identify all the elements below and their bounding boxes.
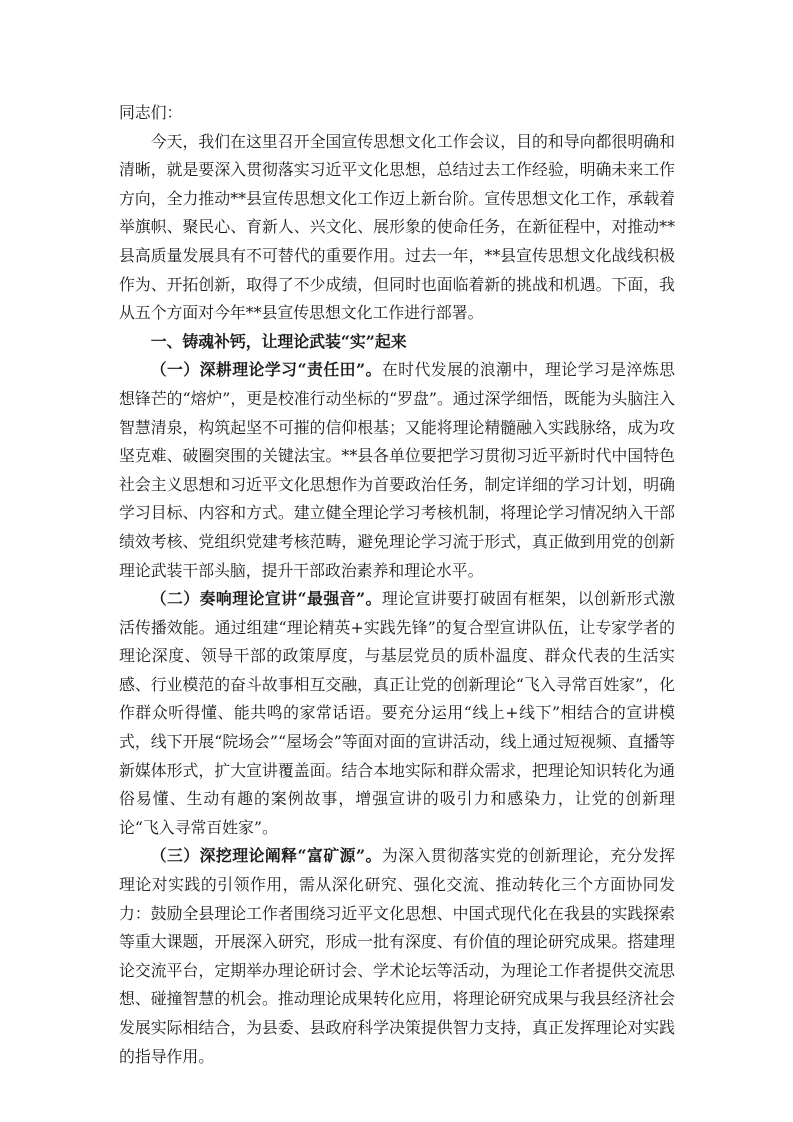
subsection-paragraph: （三）深挖理论阐释“富矿源”。为深入贯彻落实党的创新理论，充分发挥理论对实践的引… <box>119 842 675 1071</box>
subsection-body: 为深入贯彻落实党的创新理论，充分发挥理论对实践的引领作用，需从深化研究、强化交流… <box>119 846 675 1065</box>
subsection-title: （一）深耕理论学习“责任田”。 <box>151 360 382 379</box>
subsection-title: （三）深挖理论阐释“富矿源”。 <box>151 846 382 865</box>
subsection-paragraph: （一）深耕理论学习“责任田”。在时代发展的浪潮中，理论学习是淬炼思想锋芒的“熔炉… <box>119 356 675 585</box>
document-page: 同志们： 今天，我们在这里召开全国宣传思想文化工作会议，目的和导向都很明确和清晰… <box>119 99 675 1071</box>
salutation: 同志们： <box>119 99 675 128</box>
subsection-title: （二）奏响理论宣讲“最强音”。 <box>151 589 382 608</box>
section-heading: 一、铸魂补钙，让理论武装“实”起来 <box>119 328 675 357</box>
subsection-paragraph: （二）奏响理论宣讲“最强音”。理论宣讲要打破固有框架，以创新形式激活传播效能。通… <box>119 585 675 842</box>
subsection-body: 在时代发展的浪潮中，理论学习是淬炼思想锋芒的“熔炉”，更是校准行动坐标的“罗盘”… <box>119 360 675 579</box>
intro-paragraph: 今天，我们在这里召开全国宣传思想文化工作会议，目的和导向都很明确和清晰，就是要深… <box>119 128 675 328</box>
subsection-body: 理论宣讲要打破固有框架，以创新形式激活传播效能。通过组建“理论精英+实践先锋”的… <box>119 589 675 837</box>
